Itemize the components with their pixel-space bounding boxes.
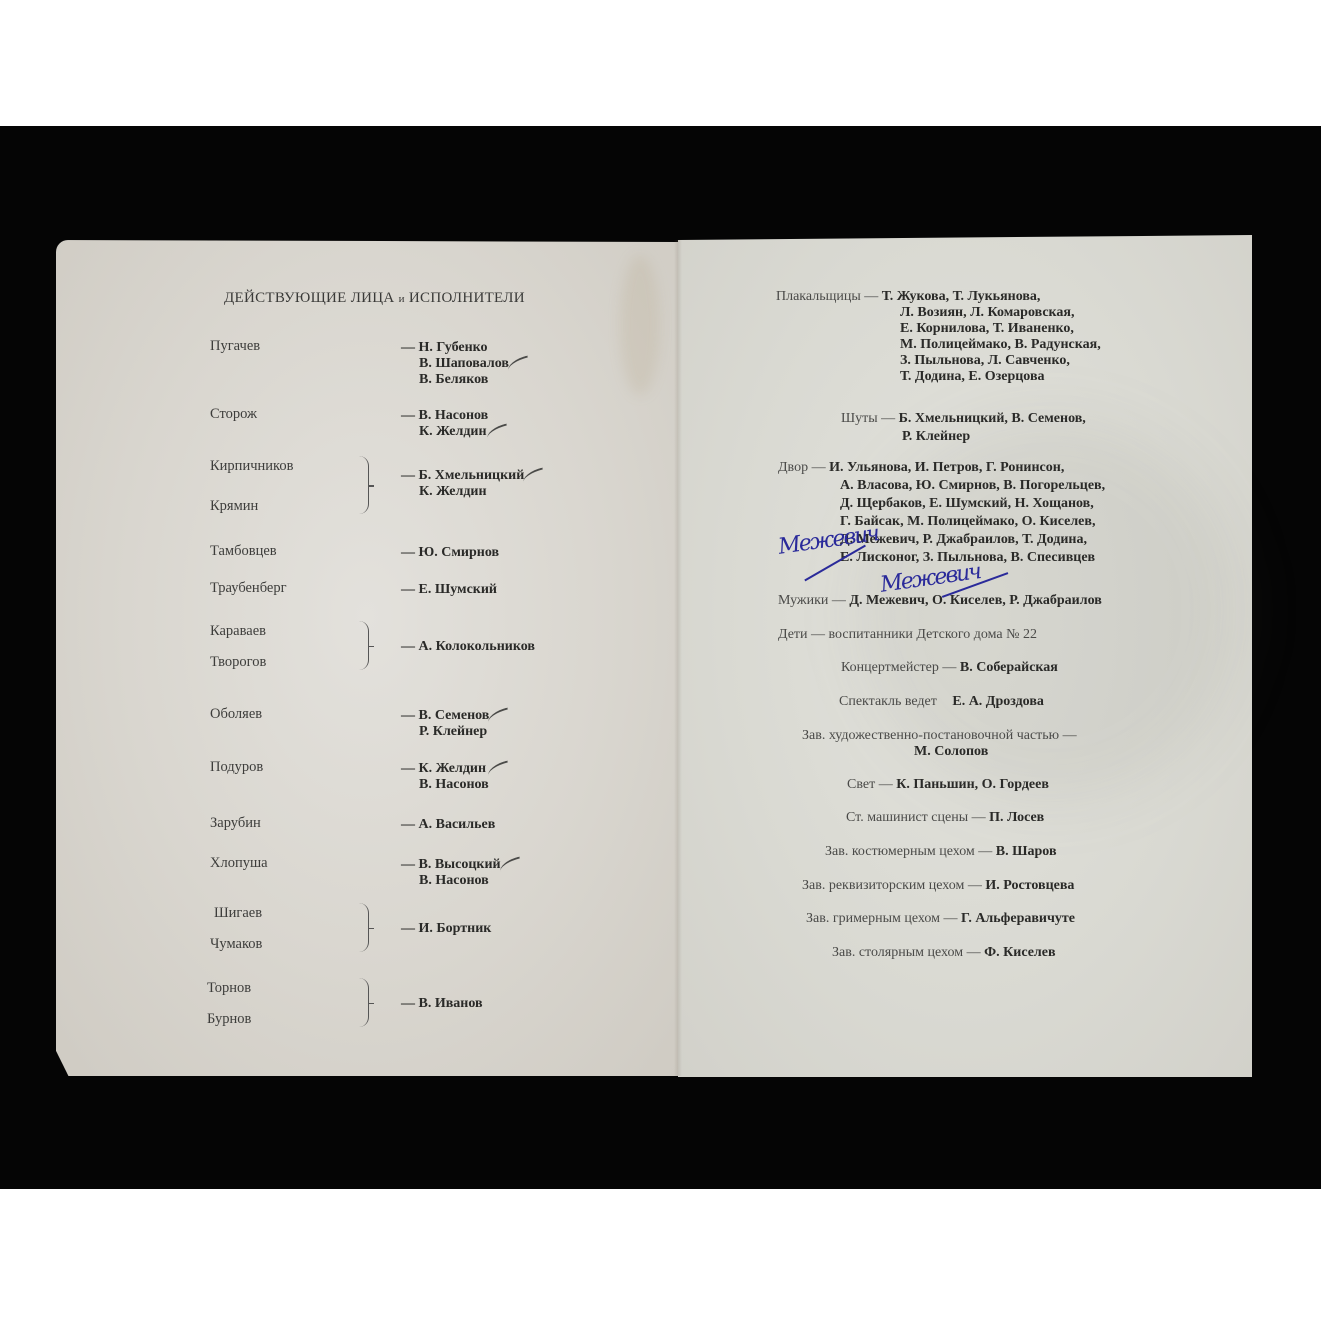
- role-name: Караваев: [210, 623, 266, 640]
- credit-value: Б. Хмельницкий, В. Семенов,: [899, 411, 1086, 426]
- credit-value: М. Полицеймако, В. Радунская,: [900, 337, 1101, 352]
- actor-list: — К. ЖелдинВ. Насонов: [401, 761, 489, 793]
- credit-label: Ст. машинист сцены —: [846, 810, 989, 825]
- credit-value: Д. Щербаков, Е. Шумский, Н. Хощанов,: [840, 496, 1094, 511]
- actor-name: В. Насонов: [401, 873, 501, 889]
- actor-name: Р. Клейнер: [401, 724, 489, 740]
- credit-value: В. Соберайская: [960, 660, 1058, 675]
- jesters-line: Шуты — Б. Хмельницкий, В. Семенов,: [841, 411, 1086, 427]
- credit-value: И. Ростовцева: [985, 878, 1074, 893]
- cast-heading: ДЕЙСТВУЮЩИЕ ЛИЦА и ИСПОЛНИТЕЛИ: [224, 290, 525, 307]
- actor-list: — В. СеменовР. Клейнер: [401, 708, 489, 740]
- actor-list: — Б. ХмельницкийК. Желдин: [401, 468, 524, 500]
- credit-value: Р. Клейнер: [902, 429, 970, 444]
- actor-name: — Н. Губенко: [401, 340, 509, 356]
- credit-value: Л. Возиян, Л. Комаровская,: [900, 305, 1074, 320]
- credit-value: Е. Корнилова, Т. Иваненко,: [900, 321, 1074, 336]
- staff-line: М. Солопов: [914, 744, 988, 760]
- role-name: Подуров: [210, 759, 263, 776]
- court-line: Д. Щербаков, Е. Шумский, Н. Хощанов,: [840, 496, 1094, 512]
- actor-name: — К. Желдин: [401, 761, 489, 777]
- heading-part-1: ДЕЙСТВУЮЩИЕ ЛИЦА: [224, 290, 395, 306]
- page-spine: [674, 240, 682, 1076]
- staff-line: Зав. художественно-постановочной частью …: [802, 728, 1077, 744]
- actor-list: — А. Васильев: [401, 817, 495, 833]
- credit-value: А. Власова, Ю. Смирнов, В. Погорельцев,: [840, 478, 1105, 493]
- court-line: А. Власова, Ю. Смирнов, В. Погорельцев,: [840, 478, 1105, 494]
- mourners-line: Л. Возиян, Л. Комаровская,: [900, 305, 1074, 321]
- credit-value: Е. А. Дроздова: [952, 694, 1044, 709]
- credit-label: Двор —: [778, 460, 829, 475]
- staff-line: Зав. костюмерным цехом — В. Шаров: [825, 844, 1057, 860]
- mourners-line: Е. Корнилова, Т. Иваненко,: [900, 321, 1074, 337]
- staff-line: Ст. машинист сцены — П. Лосев: [846, 810, 1044, 826]
- role-name: Кирпичников: [210, 458, 293, 475]
- staff-line: Зав. гримерным цехом — Г. Альферавичуте: [806, 911, 1075, 927]
- credit-value: Г. Байсак, М. Полицеймако, О. Киселев,: [840, 514, 1095, 529]
- peasants-line: Мужики — Д. Межевич, О. Киселев, Р. Джаб…: [778, 593, 1102, 609]
- grouping-brace: [358, 456, 369, 514]
- actor-name: В. Беляков: [401, 372, 509, 388]
- role-name: Хлопуша: [210, 855, 268, 872]
- grouping-brace: [358, 621, 369, 670]
- role-name: Траубенберг: [210, 580, 287, 597]
- actor-name: — Б. Хмельницкий: [401, 468, 524, 484]
- grouping-brace: [358, 903, 369, 952]
- staff-line: Концертмейстер — В. Соберайская: [841, 660, 1058, 676]
- actor-name: — В. Иванов: [401, 996, 483, 1012]
- credit-value: Т. Додина, Е. Озерцова: [900, 369, 1045, 384]
- children-line: Дети — воспитанники Детского дома № 22: [778, 627, 1037, 643]
- role-name: Чумаков: [210, 936, 262, 953]
- credit-value: К. Паньшин, О. Гордеев: [896, 777, 1049, 792]
- credit-label: Зав. художественно-постановочной частью …: [802, 728, 1077, 743]
- credit-label: Дети —: [778, 627, 829, 642]
- role-name: Шигаев: [214, 905, 262, 922]
- credit-label: Плакальщицы —: [776, 289, 882, 304]
- credit-value: Т. Жукова, Т. Лукьянова,: [882, 289, 1041, 304]
- mourners-line: З. Пыльнова, Л. Савченко,: [900, 353, 1070, 369]
- role-name: Оболяев: [210, 706, 262, 723]
- role-name: Сторож: [210, 406, 257, 423]
- actor-name: — В. Семенов: [401, 708, 489, 724]
- actor-list: — В. НасоновК. Желдин: [401, 408, 488, 440]
- credit-label: Концертмейстер —: [841, 660, 960, 675]
- mourners-line: М. Полицеймако, В. Радунская,: [900, 337, 1101, 353]
- credit-value: В. Шаров: [996, 844, 1057, 859]
- staff-line: Зав. столярным цехом — Ф. Киселев: [832, 945, 1056, 961]
- credit-label: Зав. гримерным цехом —: [806, 911, 961, 926]
- staff-line: Свет — К. Паньшин, О. Гордеев: [847, 777, 1049, 793]
- heading-part-2: ИСПОЛНИТЕЛИ: [409, 290, 525, 306]
- heading-conjunction: и: [399, 293, 405, 305]
- role-name: Крямин: [210, 498, 258, 515]
- role-name: Бурнов: [207, 1011, 251, 1028]
- actor-name: К. Желдин: [401, 484, 524, 500]
- credit-label: Зав. столярным цехом —: [832, 945, 984, 960]
- actor-list: — В. ВысоцкийВ. Насонов: [401, 857, 501, 889]
- actor-list: — Ю. Смирнов: [401, 545, 499, 561]
- role-name: Зарубин: [210, 815, 261, 832]
- actor-name: — И. Бортник: [401, 921, 491, 937]
- staff-line: Спектакль ведет Е. А. Дроздова: [839, 694, 1044, 710]
- actor-name: В. Шаповалов: [401, 356, 509, 372]
- role-name: Творогов: [210, 654, 266, 671]
- actor-list: — В. Иванов: [401, 996, 483, 1012]
- staff-line: Зав. реквизиторским цехом — И. Ростовцев…: [802, 878, 1074, 894]
- credit-label: Спектакль ведет: [839, 694, 940, 709]
- paper-stain: [620, 255, 660, 395]
- credit-value: Г. Альферавичуте: [961, 911, 1075, 926]
- credit-value: Ф. Киселев: [984, 945, 1055, 960]
- actor-list: — И. Бортник: [401, 921, 491, 937]
- role-name: Торнов: [207, 980, 251, 997]
- credit-value: М. Солопов: [914, 744, 988, 759]
- actor-list: — Е. Шумский: [401, 582, 497, 598]
- actor-name: — В. Насонов: [401, 408, 488, 424]
- actor-name: — А. Колокольников: [401, 639, 535, 655]
- credit-value: З. Пыльнова, Л. Савченко,: [900, 353, 1070, 368]
- credit-value: воспитанники Детского дома № 22: [829, 627, 1037, 642]
- credit-label: Свет —: [847, 777, 896, 792]
- actor-name: К. Желдин: [401, 424, 488, 440]
- actor-name: — Ю. Смирнов: [401, 545, 499, 561]
- actor-name: В. Насонов: [401, 777, 489, 793]
- credit-value: И. Ульянова, И. Петров, Г. Ронинсон,: [829, 460, 1064, 475]
- actor-list: — Н. ГубенкоВ. ШаповаловВ. Беляков: [401, 340, 509, 388]
- credit-label: Зав. реквизиторским цехом —: [802, 878, 985, 893]
- court-line: Г. Байсак, М. Полицеймако, О. Киселев,: [840, 514, 1095, 530]
- grouping-brace: [358, 978, 369, 1027]
- mourners-line: Плакальщицы — Т. Жукова, Т. Лукьянова,: [776, 289, 1040, 305]
- mourners-line: Т. Додина, Е. Озерцова: [900, 369, 1045, 385]
- actor-name: — В. Высоцкий: [401, 857, 501, 873]
- actor-name: — Е. Шумский: [401, 582, 497, 598]
- role-name: Тамбовцев: [210, 543, 277, 560]
- credit-label: Зав. костюмерным цехом —: [825, 844, 996, 859]
- court-line: Двор — И. Ульянова, И. Петров, Г. Ронинс…: [778, 460, 1064, 476]
- credit-label: Мужики —: [778, 593, 849, 608]
- role-name: Пугачев: [210, 338, 260, 355]
- credit-value: П. Лосев: [989, 810, 1044, 825]
- actor-list: — А. Колокольников: [401, 639, 535, 655]
- jesters-line: Р. Клейнер: [902, 429, 970, 445]
- credit-label: Шуты —: [841, 411, 899, 426]
- actor-name: — А. Васильев: [401, 817, 495, 833]
